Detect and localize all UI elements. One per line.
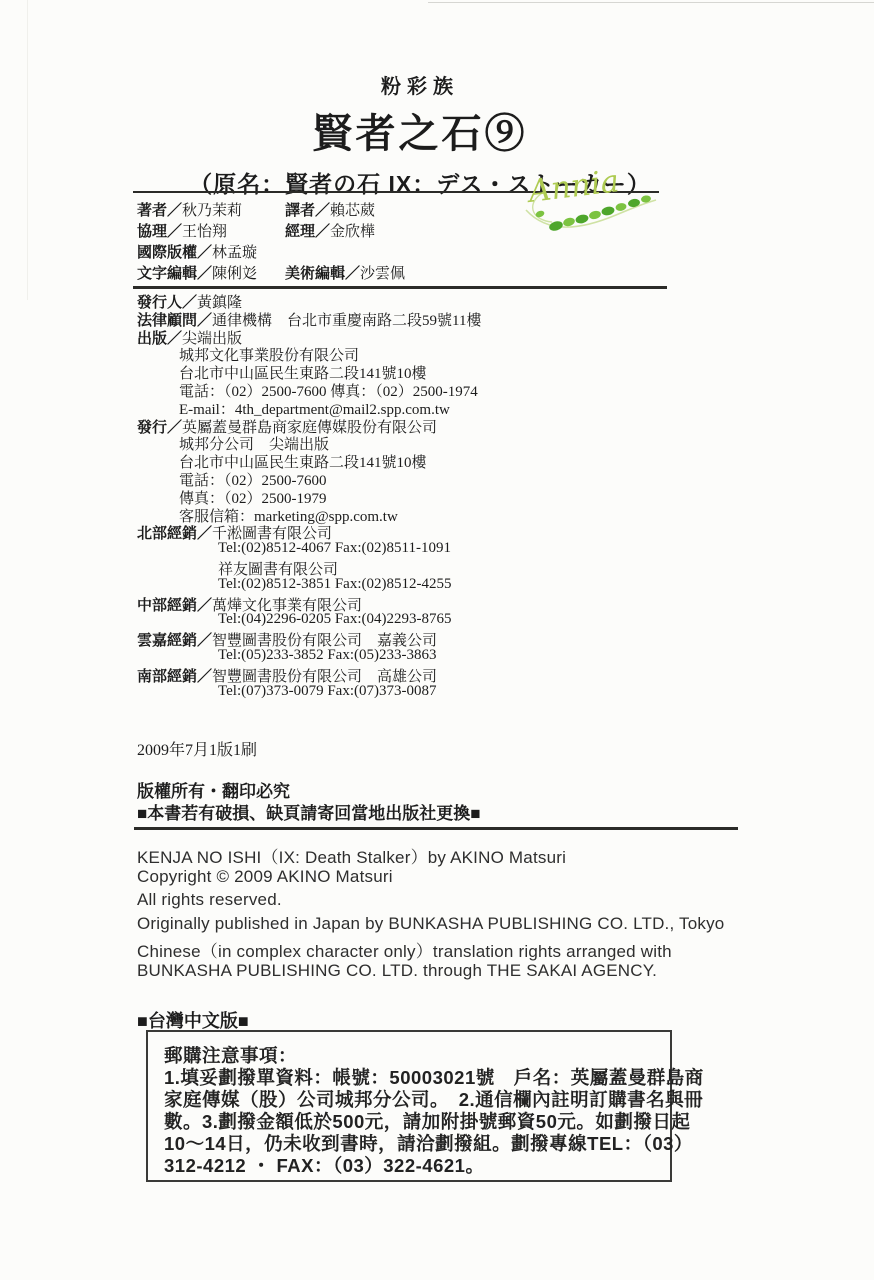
english-line: Originally published in Japan by BUNKASH… [137, 914, 724, 938]
credit-value: 林孟璇 [212, 245, 257, 261]
publishing-text: 通律機構 台北市重慶南路二段59號11樓 [212, 313, 481, 329]
divider-under-credits [133, 286, 667, 289]
english-line: KENJA NO ISHI（IX: Death Stalker）by AKINO… [137, 843, 724, 867]
vine-stroke [526, 200, 656, 227]
publishing-text: Tel:(07)373-0079 Fax:(07)373-0087 [218, 683, 437, 699]
publishing-line: Tel:(02)8512-3851 Fax:(02)8512-4255 [137, 576, 481, 594]
publishing-line: 發行人／黃鎮隆 [137, 291, 481, 309]
publishing-text: Tel:(02)8512-3851 Fax:(02)8512-4255 [218, 576, 452, 592]
copyright-reserved-line: 版權所有・翻印必究 [137, 777, 481, 799]
publishing-label: 發行／ [137, 419, 182, 436]
mail-order-line: 家庭傳媒（股）公司城邦分公司。 2.通信欄內註明訂購書名與冊 [164, 1086, 654, 1108]
publishing-label: 出版／ [137, 330, 182, 347]
rights-notice: 版權所有・翻印必究 ■本書若有破損、缺頁請寄回當地出版社更換■ [137, 777, 481, 821]
divider-under-title [133, 191, 659, 193]
scan-artifact-top-line [428, 2, 874, 3]
damage-replacement-line: ■本書若有破損、缺頁請寄回當地出版社更換■ [137, 799, 481, 821]
credit-value: 陳俐彣 [212, 266, 257, 282]
credit-label: 美術編輯／ [285, 265, 360, 282]
edition-date: 2009年7月1版1刷 [137, 737, 257, 760]
publishing-line: 法律顧問／通律機構 台北市重慶南路二段59號11樓 [137, 309, 481, 327]
english-copyright-block: KENJA NO ISHI（IX: Death Stalker）by AKINO… [137, 843, 724, 984]
publishing-label: 南部經銷／ [137, 668, 212, 685]
mail-order-line: 312-4212 ・ FAX：（03）322-4621。 [164, 1152, 654, 1174]
publishing-label: 中部經銷／ [137, 597, 212, 614]
title-block: 粉彩族 賢者之石⑨ （原名：賢者の石 IX：デス・ストーカー） [60, 70, 780, 199]
publishing-line: Tel:(02)8512-4067 Fax:(02)8511-1091 [137, 540, 481, 558]
scan-artifact-left-line [27, 0, 28, 300]
publishing-line: 雲嘉經銷／智豐圖書股份有限公司 嘉義公司 [137, 629, 481, 647]
credit-value: 沙雲佩 [360, 266, 405, 282]
colophon-page: 粉彩族 賢者之石⑨ （原名：賢者の石 IX：デス・ストーカー） Annia 著者… [0, 0, 874, 1280]
publishing-text: Tel:(02)8512-4067 Fax:(02)8511-1091 [218, 540, 451, 556]
publishing-info-list: 發行人／黃鎮隆 法律顧問／通律機構 台北市重慶南路二段59號11樓 出版／尖端出… [137, 291, 481, 700]
credit-label: 國際版權／ [137, 244, 212, 261]
leaf-cluster-dark-icon [548, 198, 641, 232]
publishing-line: 城邦分公司 尖端出版 [137, 433, 481, 451]
credit-row: 文字編輯／陳俐彣 美術編輯／沙雲佩 [137, 262, 405, 283]
mail-order-line: 10～14日，仍未收到書時，請洽劃撥組。劃撥專線TEL：（03） [164, 1130, 654, 1152]
mail-order-line: 1.填妥劃撥單資料：帳號：50003021號 戶名：英屬蓋曼群島商 [164, 1064, 654, 1086]
english-line: Copyright © 2009 AKINO Matsuri [137, 867, 724, 891]
publishing-label: 雲嘉經銷／ [137, 632, 212, 649]
publishing-line: Tel:(05)233-3852 Fax:(05)233-3863 [137, 647, 481, 665]
credit-label: 文字編輯／ [137, 265, 212, 282]
publishing-line: 台北市中山區民生東路二段141號10樓 [137, 362, 481, 380]
credit-label: 譯者／ [285, 202, 330, 219]
publishing-line: 祥友圖書有限公司 [137, 558, 481, 576]
publishing-line: 北部經銷／千淞圖書有限公司 [137, 522, 481, 540]
mail-order-line: 郵購注意事項： [164, 1042, 654, 1064]
credit-value: 金欣樺 [330, 224, 375, 240]
original-title: （原名：賢者の石 IX：デス・ストーカー） [60, 166, 780, 199]
publishing-line: 發行／英屬蓋曼群島商家庭傳媒股份有限公司 [137, 416, 481, 434]
publishing-line: 南部經銷／智豐圖書股份有限公司 高雄公司 [137, 665, 481, 683]
page-title: 賢者之石⑨ [60, 102, 780, 159]
credits-table: 著者／秋乃茉莉 譯者／賴芯葳 協理／王怡翔 經理／金欣樺 國際版權／林孟璇 文字… [137, 199, 405, 283]
publishing-label: 北部經銷／ [137, 525, 212, 542]
publishing-line: 台北市中山區民生東路二段141號10樓 [137, 451, 481, 469]
english-line: Chinese（in complex character only）transl… [137, 937, 724, 961]
publishing-line: 傳真：（02）2500-1979 [137, 487, 481, 505]
series-name: 粉彩族 [60, 70, 780, 99]
english-line: BUNKASHA PUBLISHING CO. LTD. through THE… [137, 961, 724, 985]
credit-row: 協理／王怡翔 經理／金欣樺 [137, 220, 405, 241]
credit-value: 王怡翔 [182, 224, 227, 240]
publishing-text: Tel:(05)233-3852 Fax:(05)233-3863 [218, 647, 437, 663]
leaf-cluster-light-icon [535, 195, 652, 228]
mail-order-box: 郵購注意事項： 1.填妥劃撥單資料：帳號：50003021號 戶名：英屬蓋曼群島… [146, 1030, 672, 1182]
credit-value: 賴芯葳 [330, 203, 375, 219]
publishing-line: E-mail：4th_department@mail2.spp.com.tw [137, 398, 481, 416]
divider-above-english [134, 827, 738, 830]
publishing-line: 城邦文化事業股份有限公司 [137, 344, 481, 362]
publishing-line: 電話：（02）2500-7600 [137, 469, 481, 487]
publishing-line: 電話：（02）2500-7600 傳真：（02）2500-1974 [137, 380, 481, 398]
credit-label: 協理／ [137, 223, 182, 240]
publishing-line: 中部經銷／萬燁文化事業有限公司 [137, 594, 481, 612]
publishing-text: Tel:(04)2296-0205 Fax:(04)2293-8765 [218, 611, 452, 627]
publishing-line: 客服信箱：marketing@spp.com.tw [137, 505, 481, 523]
credit-value: 秋乃茉莉 [182, 203, 242, 219]
english-line: All rights reserved. [137, 890, 724, 914]
credit-row: 國際版權／林孟璇 [137, 241, 405, 262]
credit-row: 著者／秋乃茉莉 譯者／賴芯葳 [137, 199, 405, 220]
credit-label: 著者／ [137, 202, 182, 219]
mail-order-line: 數。3.劃撥金額低於500元，請加附掛號郵資50元。如劃撥日起 [164, 1108, 654, 1130]
credit-label: 經理／ [285, 223, 330, 240]
publishing-line: Tel:(07)373-0079 Fax:(07)373-0087 [137, 683, 481, 701]
publishing-line: Tel:(04)2296-0205 Fax:(04)2293-8765 [137, 611, 481, 629]
publishing-line: 出版／尖端出版 [137, 327, 481, 345]
